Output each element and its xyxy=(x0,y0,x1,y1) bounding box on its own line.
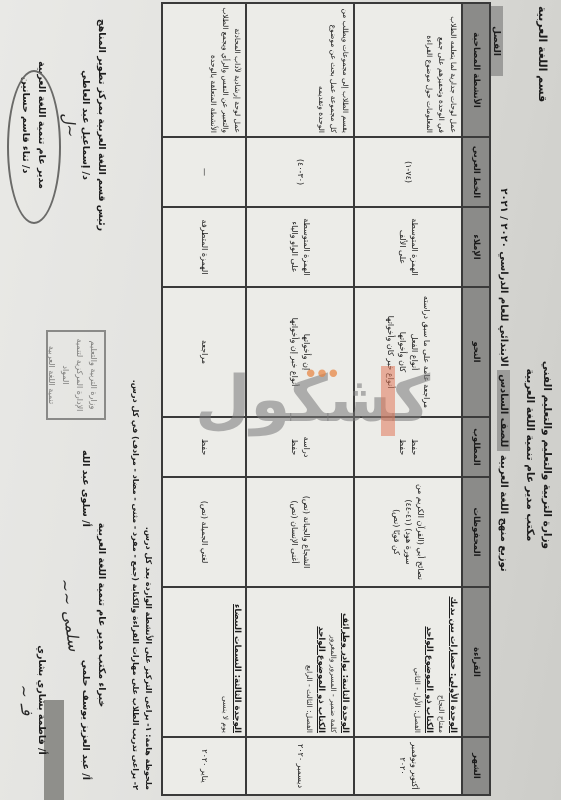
unit-lessons: كلمة ضمير - المسرور والمغرور xyxy=(327,591,339,733)
unit-lessons: مفتاح النجاح xyxy=(435,591,447,733)
signature-name: أ/ سلوى عبد الله xyxy=(77,450,93,527)
unit-title: الوحدة الأولى: حضارات بين يديك xyxy=(447,591,459,733)
unit-title: الكتاب ذو الموضوع الواحد xyxy=(423,591,435,733)
unit-lessons: الفصل: الأول - الثاني xyxy=(411,591,423,733)
memorization-item: أغنى الإنسان (نص) xyxy=(288,481,300,583)
title-prefix: توزيع منهج اللغة العربية xyxy=(498,455,509,572)
required-item: حفظ xyxy=(408,421,420,473)
memorization-item: الشجاع والجبانة (نص) xyxy=(300,481,312,583)
grammar-item: كان وأخواتها xyxy=(396,291,408,413)
column-header: الخط العربي xyxy=(462,137,490,207)
unit-lessons: يوم لا ينسى xyxy=(219,591,231,733)
cell-memorization: الشجاع والجبانة (نص)أغنى الإنسان (نص) xyxy=(246,477,354,587)
dictation-text: الهمزة المتطرفة xyxy=(198,211,210,283)
note-line: ملحوظة هامة: ١- يراعى التركيز على الأنشط… xyxy=(142,10,155,790)
dictation-text: الهمزة المتوسطة على الألف xyxy=(396,211,420,283)
signature-oval-mark xyxy=(7,70,61,224)
notes-block: ملحوظة هامة: ١- يراعى التركيز على الأنشط… xyxy=(129,10,155,790)
column-header: القراءة xyxy=(462,587,490,737)
cell-dictation: الهمزة المتطرفة xyxy=(162,207,246,287)
official-stamp: وزارة التربية والتعليم الإدارة المركزية … xyxy=(46,330,106,420)
cell-month: يناير ٢٠٢٠ xyxy=(162,737,246,795)
cell-required: حفظ xyxy=(162,417,246,477)
month-text: ديسمبر ٢٠٢٠ xyxy=(294,741,306,791)
cell-memorization: لغتي الجميلة (نص) xyxy=(162,477,246,587)
activities-text: عمل لوحات جدارية لما يتعلمه الطلاب في ال… xyxy=(423,7,459,133)
column-header: المطلوب xyxy=(462,417,490,477)
ministry-name: وزارة التربية والتعليم والتعليم الفني xyxy=(538,330,555,580)
cell-reading: الوحدة الأولى: حضارات بين يديكمفتاح النج… xyxy=(354,587,462,737)
grammar-item: مراجعة عامة على ما سبق دراسته xyxy=(420,291,432,413)
column-header: المحفوظات xyxy=(462,477,490,587)
cell-activities: يقسم الطلاب إلى مجموعات ويطلب من كل مجمو… xyxy=(246,3,354,137)
table-header-row: الشهرالقراءةالمحفوظاتالمطلوبالنحوالإملاء… xyxy=(462,3,490,795)
column-header: الشهر xyxy=(462,737,490,795)
cell-calligraphy: (٧٤-١) xyxy=(354,137,462,207)
memorization-item: كن قويًا (نص) xyxy=(390,481,402,583)
cell-reading: الوحدة الثالثة: النسمات البيضاءيوم لا ين… xyxy=(162,587,246,737)
note-line: ٢- يراعى تدريب الطلاب على مهارات القراءة… xyxy=(129,10,142,790)
signature-curriculum-head: رئيس قسم اللغة العربية بمركز تطوير المنا… xyxy=(61,10,109,240)
signature-role: رئيس قسم اللغة العربية بمركز تطوير المنا… xyxy=(93,10,109,240)
unit-title: الوحدة الثالثة: النسمات البيضاء xyxy=(231,591,243,733)
cell-calligraphy: — xyxy=(162,137,246,207)
table-row: ديسمبر ٢٠٢٠الوحدة الثانية: نوادر وطرائفك… xyxy=(246,3,354,795)
dictation-text: الهمزة المتوسطة على الواو والياء xyxy=(288,211,312,283)
signature-experts: خبراء مكتب مدير عام تنمية اللغة العربية … xyxy=(61,450,109,780)
memorization-item: نصائح أبي (القرآن الكريم من سورة هود) (٤… xyxy=(402,481,426,583)
stamp-line: وزارة التربية والتعليم xyxy=(86,332,100,418)
signature-role: خبراء مكتب مدير عام تنمية اللغة العربية xyxy=(93,450,109,780)
grammar-item: أنواع خبر إن وأخواتها xyxy=(288,291,300,413)
cell-required: دراسةحفظ xyxy=(246,417,354,477)
cell-dictation: الهمزة المتوسطة على الألف xyxy=(354,207,462,287)
document-page: وزارة التربية والتعليم والتعليم الفني مك… xyxy=(0,0,561,800)
unit-title: الوحدة الثانية: نوادر وطرائف xyxy=(339,591,351,733)
cell-month: أكتوبر ونوفمبر ٢٠٢٠ xyxy=(354,737,462,795)
required-item: حفظ xyxy=(198,421,210,473)
required-item: حفظ xyxy=(396,421,408,473)
cell-grammar: إن وأخواتهاأنواع خبر إن وأخواتها xyxy=(246,287,354,417)
curriculum-table: الشهرالقراءةالمحفوظاتالمطلوبالنحوالإملاء… xyxy=(161,2,491,796)
column-header: النحو xyxy=(462,287,490,417)
table-row: يناير ٢٠٢٠الوحدة الثالثة: النسمات البيضا… xyxy=(162,3,246,795)
required-item: حفظ xyxy=(288,421,300,473)
cell-required: حفظحفظ xyxy=(354,417,462,477)
calligraphy-text: — xyxy=(198,141,210,203)
unit-lessons: الفصل: الثالث - الرابع xyxy=(303,591,315,733)
cell-activities: عمل لوحة إرشادية لآداب المحادثة والتعبير… xyxy=(162,3,246,137)
grammar-item: أنواع الفعل xyxy=(408,291,420,413)
document-title: توزيع منهج اللغة العربية للصف السادس الا… xyxy=(498,80,509,680)
activities-text: يقسم الطلاب إلى مجموعات ويطلب من كل مجمو… xyxy=(315,7,351,133)
grammar-item: أنواع خبر كان وأخواتها xyxy=(384,291,396,413)
grammar-item: إن وأخواتها xyxy=(300,291,312,413)
cell-grammar: مراجعة عامة على ما سبق دراستهأنواع الفعل… xyxy=(354,287,462,417)
stage-year: الابتدائي للعام الدراسي ٢٠٢٠ / ٢٠٢١ xyxy=(498,188,509,366)
cell-month: ديسمبر ٢٠٢٠ xyxy=(246,737,354,795)
cell-reading: الوحدة الثانية: نوادر وطرائفكلمة ضمير - … xyxy=(246,587,354,737)
cell-grammar: مراجعة xyxy=(162,287,246,417)
grammar-item: مراجعة xyxy=(198,291,210,413)
cell-activities: عمل لوحات جدارية لما يتعلمه الطلاب في ال… xyxy=(354,3,462,137)
required-item: دراسة xyxy=(300,421,312,473)
column-header: الأنشطة المصاحبة xyxy=(462,3,490,137)
activities-text: عمل لوحة إرشادية لآداب المحادثة والتعبير… xyxy=(207,7,243,133)
month-text: يناير ٢٠٢٠ xyxy=(198,741,210,791)
cell-dictation: الهمزة المتوسطة على الواو والياء xyxy=(246,207,354,287)
cell-calligraphy: (٣٠-٤٠) xyxy=(246,137,354,207)
stamp-line: الإدارة المركزية لتنمية المواد xyxy=(58,332,86,418)
unit-title: الكتاب ذو الموضوع الواحد xyxy=(315,591,327,733)
grade-label: للصف السادس xyxy=(497,370,510,451)
calligraphy-text: (٣٠-٤٠) xyxy=(294,141,306,203)
stamp-line: تنمية اللغة العربية xyxy=(44,332,58,418)
signature-fatma: أ/ فاطمة بشاري بشاري فـ ~ xyxy=(17,610,49,790)
table-row: أكتوبر ونوفمبر ٢٠٢٠الوحدة الأولى: حضارات… xyxy=(354,3,462,795)
document-header: وزارة التربية والتعليم والتعليم الفني مك… xyxy=(521,330,555,580)
memorization-item: لغتي الجميلة (نص) xyxy=(198,481,210,583)
office-name: مكتب مدير عام تنمية اللغة العربية xyxy=(521,330,538,580)
column-header: الإملاء xyxy=(462,207,490,287)
month-text: أكتوبر ونوفمبر ٢٠٢٠ xyxy=(396,741,420,791)
cell-memorization: نصائح أبي (القرآن الكريم من سورة هود) (٤… xyxy=(354,477,462,587)
department-label: قسم اللغة العربية xyxy=(536,6,549,102)
calligraphy-text: (٧٤-١) xyxy=(402,141,414,203)
